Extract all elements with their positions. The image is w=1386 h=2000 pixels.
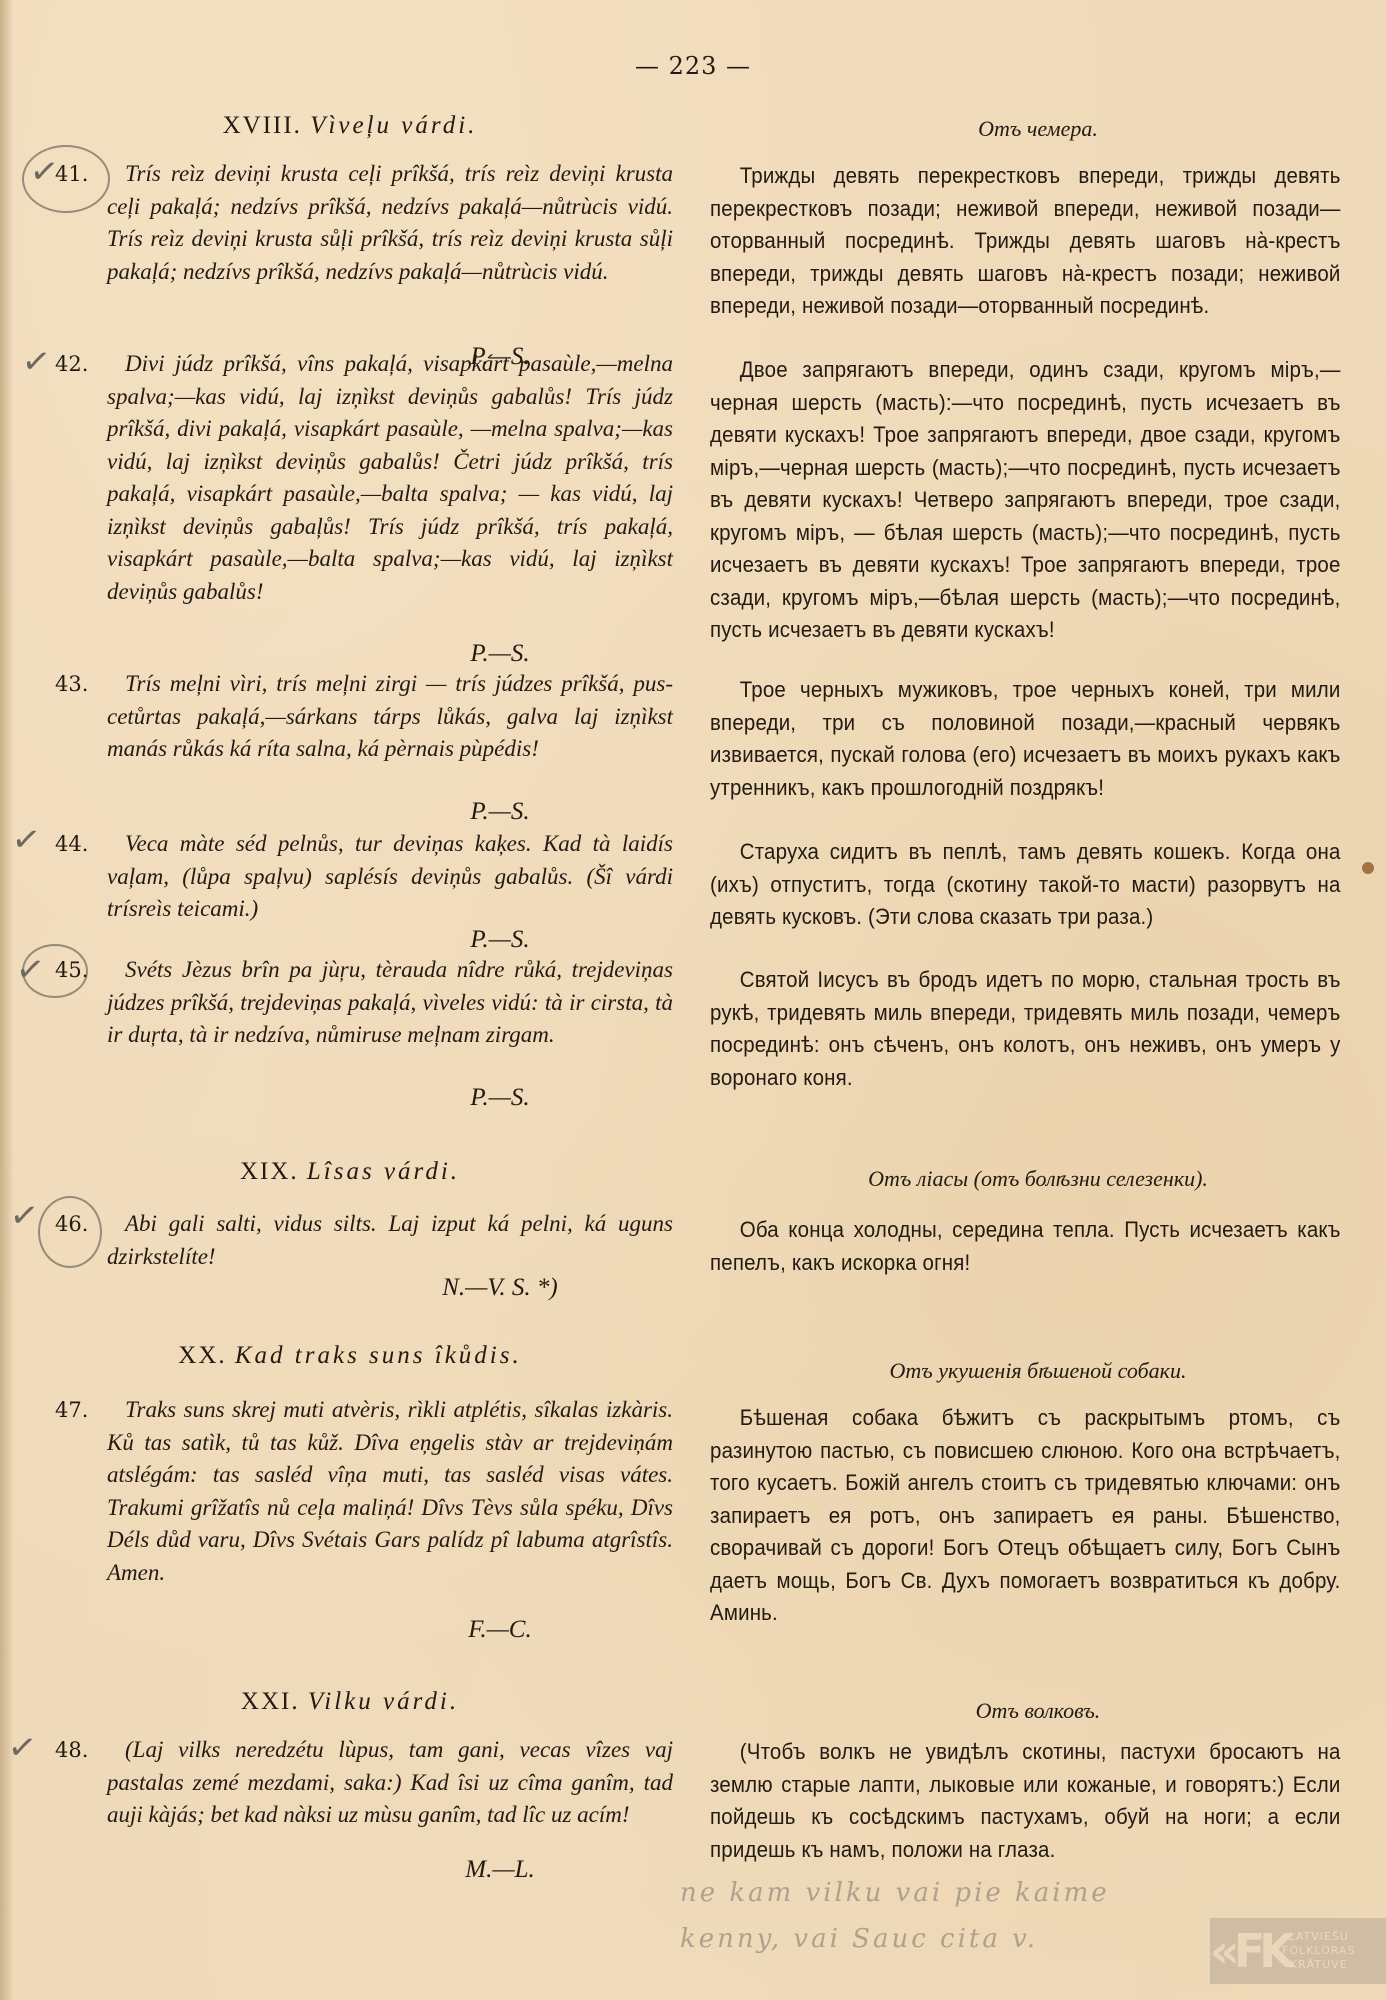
charm-text-lv: Traks suns skrej muti atvèris, rìkli atp… bbox=[107, 1394, 673, 1589]
watermark-line: LATVIEŠU bbox=[1282, 1930, 1355, 1944]
watermark-line: KRĀTUVE bbox=[1282, 1958, 1355, 1972]
charm-text-ru: Оба конца холодны, середина тепла. Пусть… bbox=[710, 1214, 1341, 1279]
charm-text-lv: Svéts Jèzus brîn pa jùŗu, tèrauda nîdre … bbox=[107, 954, 673, 1052]
lfk-logo-icon: «FK bbox=[1210, 1924, 1282, 1978]
pencil-check-icon: ✓ bbox=[5, 1726, 39, 1770]
section-heading-ru-xxi: Отъ волковъ. bbox=[690, 1698, 1386, 1724]
watermark-text: LATVIEŠU FOLKLORAS KRĀTUVE bbox=[1282, 1930, 1355, 1972]
collector-signature: M.—L. bbox=[380, 1856, 620, 1884]
collector-signature: N.—V. S. *) bbox=[350, 1274, 650, 1302]
charm-text-lv: Veca màte séd pelnůs, tur deviņas kaķes.… bbox=[107, 828, 673, 926]
charm-text-ru: Бѣшеная собака бѣжитъ съ раскрытымъ ртом… bbox=[710, 1402, 1341, 1630]
charm-text-ru: Двое запрягаютъ впереди, одинъ сзади, кр… bbox=[710, 354, 1341, 647]
section-number: XIX. bbox=[240, 1158, 299, 1185]
archive-watermark: «FK LATVIEŠU FOLKLORAS KRĀTUVE bbox=[1210, 1918, 1386, 1984]
item-number: 42. bbox=[55, 352, 88, 376]
charm-text-ru: Трижды девять перекрестковъ впереди, три… bbox=[710, 160, 1341, 323]
section-number: XXI. bbox=[241, 1688, 300, 1715]
section-number: XX. bbox=[178, 1342, 226, 1369]
charm-text-ru: (Чтобъ волкъ не увидѣлъ скотины, пастухи… bbox=[710, 1736, 1341, 1866]
collector-signature: P.—S. bbox=[380, 798, 620, 826]
section-heading-ru-xx: Отъ укушенія бѣшеной собаки. bbox=[690, 1358, 1386, 1384]
charm-text-lv: (Laj vilks neredzétu lùpus, tam gani, ve… bbox=[107, 1734, 673, 1832]
section-number: XVIII. bbox=[223, 112, 302, 139]
item-number: 43. bbox=[55, 672, 88, 696]
section-title: Lîsas várdi. bbox=[307, 1158, 460, 1185]
section-title: Vilku várdi. bbox=[308, 1688, 459, 1715]
item-number: 46. bbox=[55, 1212, 88, 1236]
section-title: Kad traks suns îkůdis. bbox=[235, 1342, 522, 1369]
item-number: 41. bbox=[55, 162, 88, 186]
collector-signature: P.—S. bbox=[380, 1084, 620, 1112]
section-heading-lv-xxi: XXI. Vilku várdi. bbox=[0, 1688, 700, 1716]
charm-text-ru: Трое черныхъ мужиковъ, трое черныхъ коне… bbox=[710, 674, 1341, 804]
pencil-handwritten-note: kenny, vai Sauc cita v. bbox=[680, 1924, 1038, 1954]
section-heading-ru-xviii: Отъ чемера. bbox=[690, 116, 1386, 142]
section-title: Vìveļu várdi. bbox=[310, 112, 477, 139]
charm-text-lv: Trís reìz deviņi krusta ceļi prîkšá, trí… bbox=[107, 158, 673, 288]
section-heading-lv-xix: XIX. Lîsas várdi. bbox=[0, 1158, 700, 1186]
page-number: — 223 — bbox=[0, 52, 1386, 80]
pencil-check-icon: ✓ bbox=[19, 340, 53, 384]
watermark-line: FOLKLORAS bbox=[1282, 1944, 1355, 1958]
collector-signature: F.—C. bbox=[380, 1616, 620, 1644]
pencil-handwritten-note: ne kam vilku vai pie kaime bbox=[680, 1878, 1110, 1908]
item-number: 45. bbox=[55, 958, 88, 982]
collector-signature: P.—S. bbox=[380, 926, 620, 954]
charm-text-lv: Divi júdz prîkšá, vîns pakaļá, visapkárt… bbox=[107, 348, 673, 608]
item-number: 44. bbox=[55, 832, 88, 856]
charm-text-lv: Abi gali salti, vidus silts. Laj izput k… bbox=[107, 1208, 673, 1273]
collector-signature: P.—S. bbox=[380, 640, 620, 668]
section-heading-lv-xviii: XVIII. Vìveļu várdi. bbox=[0, 112, 700, 140]
item-number: 48. bbox=[55, 1738, 88, 1762]
charm-text-ru: Старуха сидитъ въ пеплѣ, тамъ девять кош… bbox=[710, 836, 1341, 934]
pencil-check-icon: ✓ bbox=[9, 818, 43, 862]
section-heading-lv-xx: XX. Kad traks suns îkůdis. bbox=[0, 1342, 700, 1370]
section-heading-ru-xix: Отъ ліасы (отъ болѣзни селезенки). bbox=[690, 1166, 1386, 1192]
charm-text-ru: Святой Іисусъ въ бродъ идетъ по морю, ст… bbox=[710, 964, 1341, 1094]
pencil-check-icon: ✓ bbox=[7, 1194, 41, 1238]
charm-text-lv: Trís meļni vìri, trís meļni zirgi — trís… bbox=[107, 668, 673, 766]
paper-stain bbox=[1362, 862, 1374, 874]
item-number: 47. bbox=[55, 1398, 88, 1422]
